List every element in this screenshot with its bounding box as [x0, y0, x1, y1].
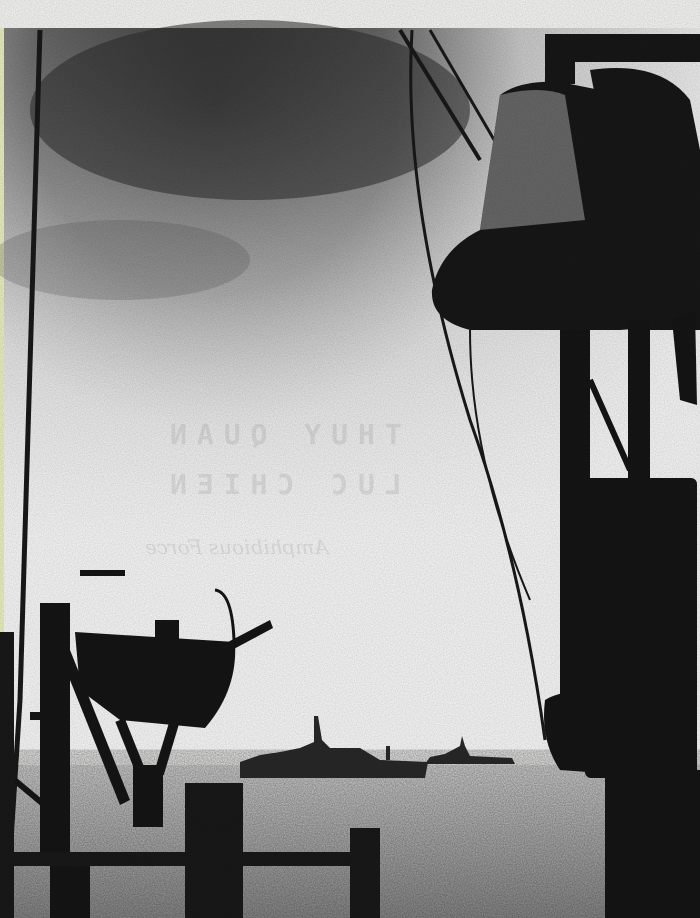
bleed-through-text-line2: LUC CHIEN [160, 468, 402, 501]
bleed-through-text-line3: Amphibious Force [145, 535, 329, 559]
photo-scan: THUY QUAN LUC CHIEN Amphibious Force [0, 0, 700, 918]
bleed-through-text-line1: THUY QUAN [160, 418, 402, 451]
photograph [0, 0, 700, 918]
